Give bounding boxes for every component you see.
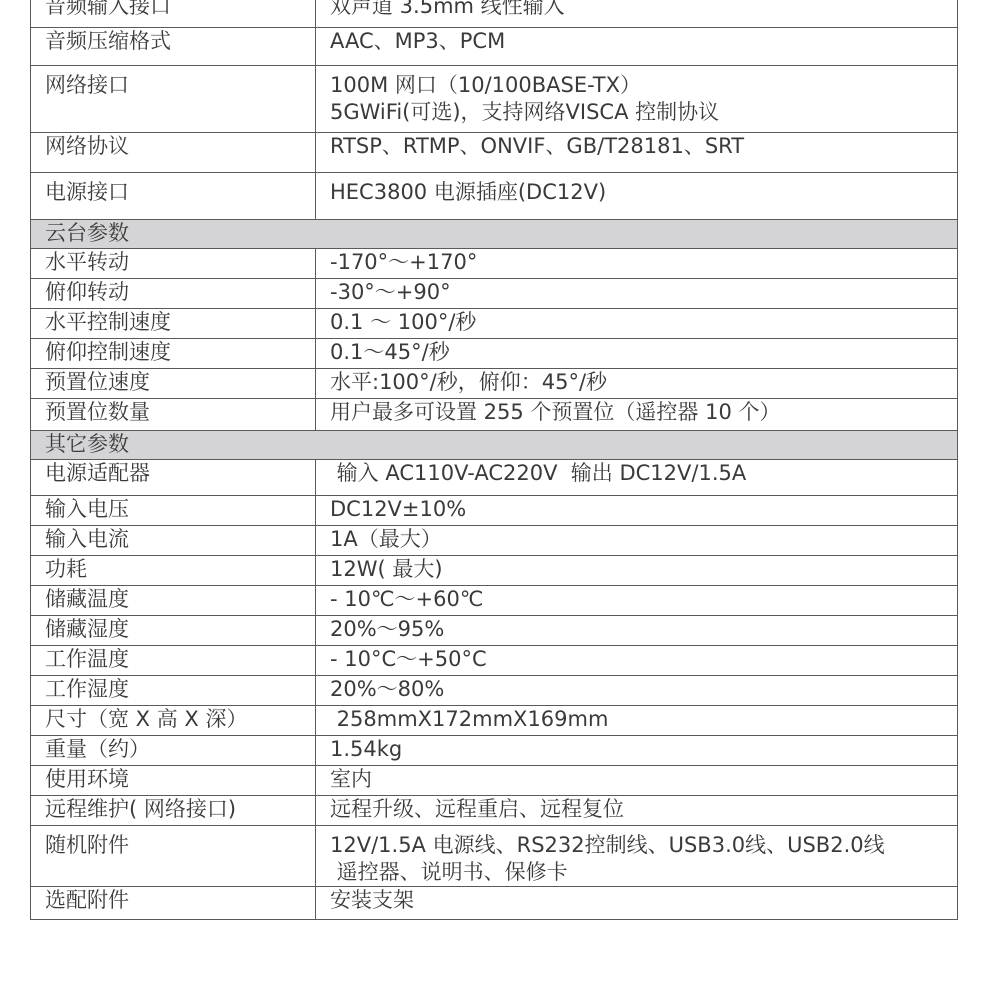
spec-row: 俯仰控制速度0.1～45°/秒	[31, 339, 958, 369]
section-title: 云台参数	[31, 220, 958, 249]
spec-value: 安装支架	[316, 887, 958, 920]
spec-key: 俯仰控制速度	[31, 339, 316, 369]
spec-value: HEC3800 电源插座(DC12V)	[316, 173, 958, 220]
spec-key: 随机附件	[31, 826, 316, 887]
spec-value: 用户最多可设置 255 个预置位（遥控器 10 个）	[316, 399, 958, 431]
spec-key: 水平转动	[31, 249, 316, 279]
spec-row: 储藏湿度20%～95%	[31, 616, 958, 646]
spec-value: 0.1～45°/秒	[316, 339, 958, 369]
spec-key: 水平控制速度	[31, 309, 316, 339]
spec-value: 远程升级、远程重启、远程复位	[316, 796, 958, 826]
spec-value-line: 5GWiFi(可选)，支持网络VISCA 控制协议	[330, 99, 957, 126]
spec-value-line: 12V/1.5A 电源线、RS232控制线、USB3.0线、USB2.0线	[330, 832, 957, 859]
spec-key: 电源接口	[31, 173, 316, 220]
spec-value: AAC、MP3、PCM	[316, 28, 958, 66]
spec-value-line: 100M 网口（10/100BASE-TX）	[330, 72, 957, 99]
spec-row: 功耗12W( 最大)	[31, 556, 958, 586]
spec-key: 输入电压	[31, 496, 316, 526]
spec-key: 网络接口	[31, 66, 316, 133]
spec-row: 音频输入接口双声道 3.5mm 线性输入	[31, 0, 958, 28]
spec-value: 20%～95%	[316, 616, 958, 646]
spec-value-line: 20%～80%	[330, 676, 957, 703]
spec-value-line: 0.1 ～ 100°/秒	[330, 309, 957, 336]
spec-value-line: 输入 AC110V-AC220V 输出 DC12V/1.5A	[330, 460, 957, 487]
spec-value: 室内	[316, 766, 958, 796]
spec-key: 音频输入接口	[31, 0, 316, 28]
spec-value: 双声道 3.5mm 线性输入	[316, 0, 958, 28]
spec-key: 储藏湿度	[31, 616, 316, 646]
section-header-row: 云台参数	[31, 220, 958, 249]
spec-row: 选配附件安装支架	[31, 887, 958, 920]
spec-key: 预置位数量	[31, 399, 316, 431]
spec-value: 1A（最大）	[316, 526, 958, 556]
spec-value-line: 1A（最大）	[330, 526, 957, 553]
spec-value-line: AAC、MP3、PCM	[330, 28, 957, 55]
spec-row: 俯仰转动-30°～+90°	[31, 279, 958, 309]
spec-row: 预置位速度水平:100°/秒，俯仰：45°/秒	[31, 369, 958, 399]
spec-row: 输入电流1A（最大）	[31, 526, 958, 556]
spec-row: 工作湿度20%～80%	[31, 676, 958, 706]
spec-key: 工作湿度	[31, 676, 316, 706]
spec-value-line: -170°～+170°	[330, 249, 957, 276]
spec-row: 网络接口100M 网口（10/100BASE-TX）5GWiFi(可选)，支持网…	[31, 66, 958, 133]
spec-row: 网络协议RTSP、RTMP、ONVIF、GB/T28181、SRT	[31, 133, 958, 173]
spec-row: 重量（约）1.54kg	[31, 736, 958, 766]
spec-row: 水平控制速度0.1 ～ 100°/秒	[31, 309, 958, 339]
spec-row: 电源适配器 输入 AC110V-AC220V 输出 DC12V/1.5A	[31, 460, 958, 496]
spec-value-line: 远程升级、远程重启、远程复位	[330, 796, 957, 823]
spec-key: 工作温度	[31, 646, 316, 676]
spec-key: 音频压缩格式	[31, 28, 316, 66]
spec-value-line: 遥控器、说明书、保修卡	[330, 859, 957, 886]
spec-key: 俯仰转动	[31, 279, 316, 309]
spec-value: 水平:100°/秒，俯仰：45°/秒	[316, 369, 958, 399]
spec-value-line: 水平:100°/秒，俯仰：45°/秒	[330, 369, 957, 396]
spec-value: 100M 网口（10/100BASE-TX）5GWiFi(可选)，支持网络VIS…	[316, 66, 958, 133]
spec-row: 工作温度- 10°C～+50°C	[31, 646, 958, 676]
spec-value-line: - 10°C～+50°C	[330, 646, 957, 673]
spec-value-line: 12W( 最大)	[330, 556, 957, 583]
spec-value-line: 室内	[330, 766, 957, 793]
spec-key: 重量（约）	[31, 736, 316, 766]
spec-key: 储藏温度	[31, 586, 316, 616]
spec-value: 258mmX172mmX169mm	[316, 706, 958, 736]
spec-value-line: 安装支架	[330, 887, 957, 914]
spec-value: - 10°C～+50°C	[316, 646, 958, 676]
spec-value: -30°～+90°	[316, 279, 958, 309]
spec-value-line: DC12V±10%	[330, 496, 957, 523]
spec-value-line: 0.1～45°/秒	[330, 339, 957, 366]
spec-value-line: 用户最多可设置 255 个预置位（遥控器 10 个）	[330, 399, 957, 426]
spec-row: 随机附件12V/1.5A 电源线、RS232控制线、USB3.0线、USB2.0…	[31, 826, 958, 887]
spec-table-body: 音频输入接口双声道 3.5mm 线性输入音频压缩格式AAC、MP3、PCM网络接…	[31, 0, 958, 920]
spec-value-line: 20%～95%	[330, 616, 957, 643]
spec-row: 水平转动-170°～+170°	[31, 249, 958, 279]
spec-key: 预置位速度	[31, 369, 316, 399]
spec-key: 使用环境	[31, 766, 316, 796]
spec-value-line: 1.54kg	[330, 736, 957, 763]
spec-value: 1.54kg	[316, 736, 958, 766]
spec-key: 尺寸（宽 X 高 X 深）	[31, 706, 316, 736]
spec-key: 选配附件	[31, 887, 316, 920]
spec-value-line: 258mmX172mmX169mm	[330, 706, 957, 733]
section-header-row: 其它参数	[31, 431, 958, 460]
spec-key: 远程维护( 网络接口)	[31, 796, 316, 826]
spec-row: 预置位数量用户最多可设置 255 个预置位（遥控器 10 个）	[31, 399, 958, 431]
spec-key: 电源适配器	[31, 460, 316, 496]
spec-key: 输入电流	[31, 526, 316, 556]
spec-value-line: -30°～+90°	[330, 279, 957, 306]
spec-value-line: - 10℃～+60℃	[330, 586, 957, 613]
spec-row: 尺寸（宽 X 高 X 深） 258mmX172mmX169mm	[31, 706, 958, 736]
spec-row: 远程维护( 网络接口)远程升级、远程重启、远程复位	[31, 796, 958, 826]
spec-value: 输入 AC110V-AC220V 输出 DC12V/1.5A	[316, 460, 958, 496]
spec-value-line: HEC3800 电源插座(DC12V)	[330, 179, 957, 206]
spec-value: 12W( 最大)	[316, 556, 958, 586]
spec-value: DC12V±10%	[316, 496, 958, 526]
spec-value-line: RTSP、RTMP、ONVIF、GB/T28181、SRT	[330, 133, 957, 160]
spec-table: 音频输入接口双声道 3.5mm 线性输入音频压缩格式AAC、MP3、PCM网络接…	[30, 0, 958, 920]
spec-row: 使用环境室内	[31, 766, 958, 796]
spec-row: 储藏温度- 10℃～+60℃	[31, 586, 958, 616]
spec-value: -170°～+170°	[316, 249, 958, 279]
section-title: 其它参数	[31, 431, 958, 460]
spec-value: 20%～80%	[316, 676, 958, 706]
spec-row: 音频压缩格式AAC、MP3、PCM	[31, 28, 958, 66]
spec-key: 功耗	[31, 556, 316, 586]
spec-key: 网络协议	[31, 133, 316, 173]
spec-value-line: 双声道 3.5mm 线性输入	[330, 0, 957, 20]
spec-row: 输入电压DC12V±10%	[31, 496, 958, 526]
spec-value: RTSP、RTMP、ONVIF、GB/T28181、SRT	[316, 133, 958, 173]
spec-value: 12V/1.5A 电源线、RS232控制线、USB3.0线、USB2.0线 遥控…	[316, 826, 958, 887]
spec-value: 0.1 ～ 100°/秒	[316, 309, 958, 339]
spec-row: 电源接口HEC3800 电源插座(DC12V)	[31, 173, 958, 220]
spec-value: - 10℃～+60℃	[316, 586, 958, 616]
